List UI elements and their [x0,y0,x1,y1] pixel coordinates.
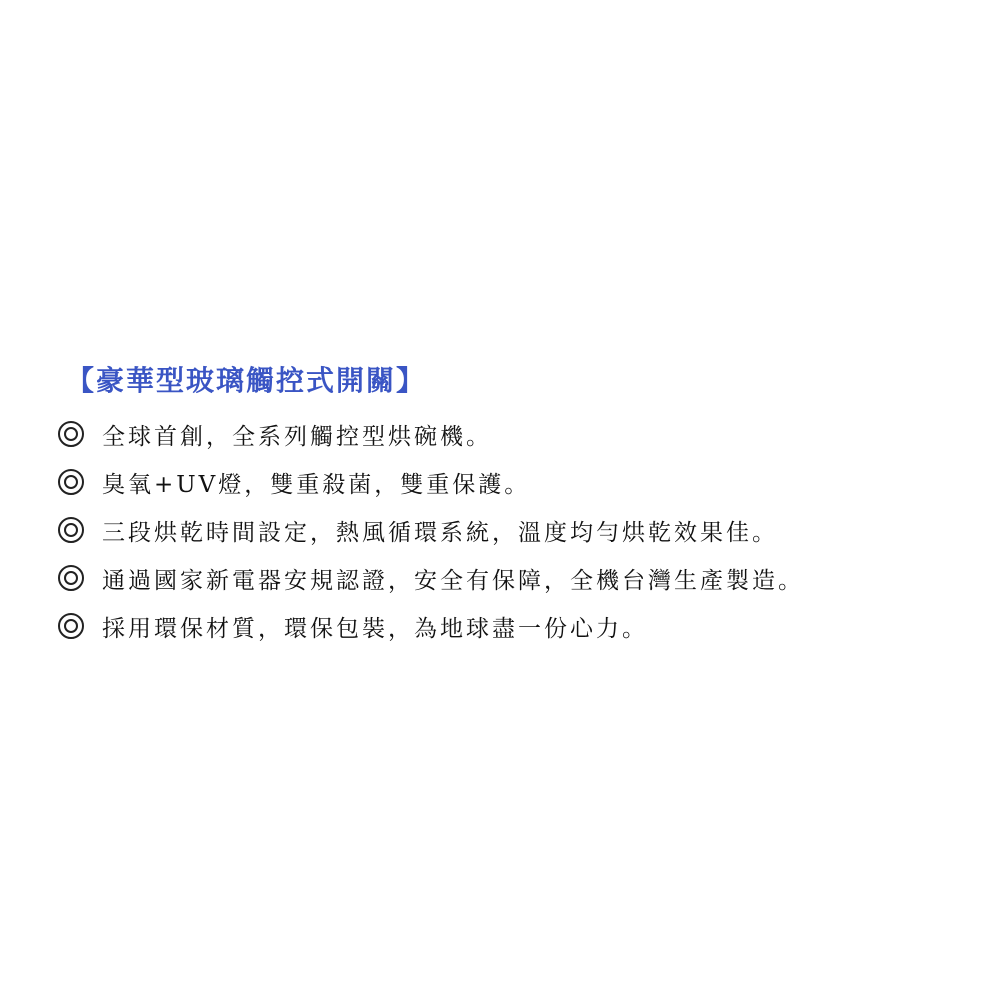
feature-item: 通過國家新電器安規認證，安全有保障，全機台灣生產製造。 [58,554,804,602]
feature-item: 全球首創，全系列觸控型烘碗機。 [58,410,804,458]
feature-text: 臭氧+UV燈，雙重殺菌，雙重保護。 [102,466,530,499]
feature-item: 三段烘乾時間設定，熱風循環系統，溫度均勻烘乾效果佳。 [58,506,804,554]
feature-item: 臭氧+UV燈，雙重殺菌，雙重保護。 [58,458,804,506]
product-feature-section: 【豪華型玻璃觸控式開關】 全球首創，全系列觸控型烘碗機。 臭氧+UV燈，雙重殺菌… [58,360,804,650]
feature-text: 採用環保材質，環保包裝，為地球盡一份心力。 [102,610,648,643]
feature-text: 三段烘乾時間設定，熱風循環系統，溫度均勻烘乾效果佳。 [102,514,778,547]
feature-item: 採用環保材質，環保包裝，為地球盡一份心力。 [58,602,804,650]
double-circle-icon [58,613,84,639]
double-circle-icon [58,421,84,447]
feature-text: 通過國家新電器安規認證，安全有保障，全機台灣生產製造。 [102,562,804,595]
double-circle-icon [58,469,84,495]
double-circle-icon [58,565,84,591]
feature-text: 全球首創，全系列觸控型烘碗機。 [102,418,492,451]
section-heading: 【豪華型玻璃觸控式開關】 [66,360,804,402]
feature-list: 全球首創，全系列觸控型烘碗機。 臭氧+UV燈，雙重殺菌，雙重保護。 三段烘乾時間… [58,410,804,650]
double-circle-icon [58,517,84,543]
